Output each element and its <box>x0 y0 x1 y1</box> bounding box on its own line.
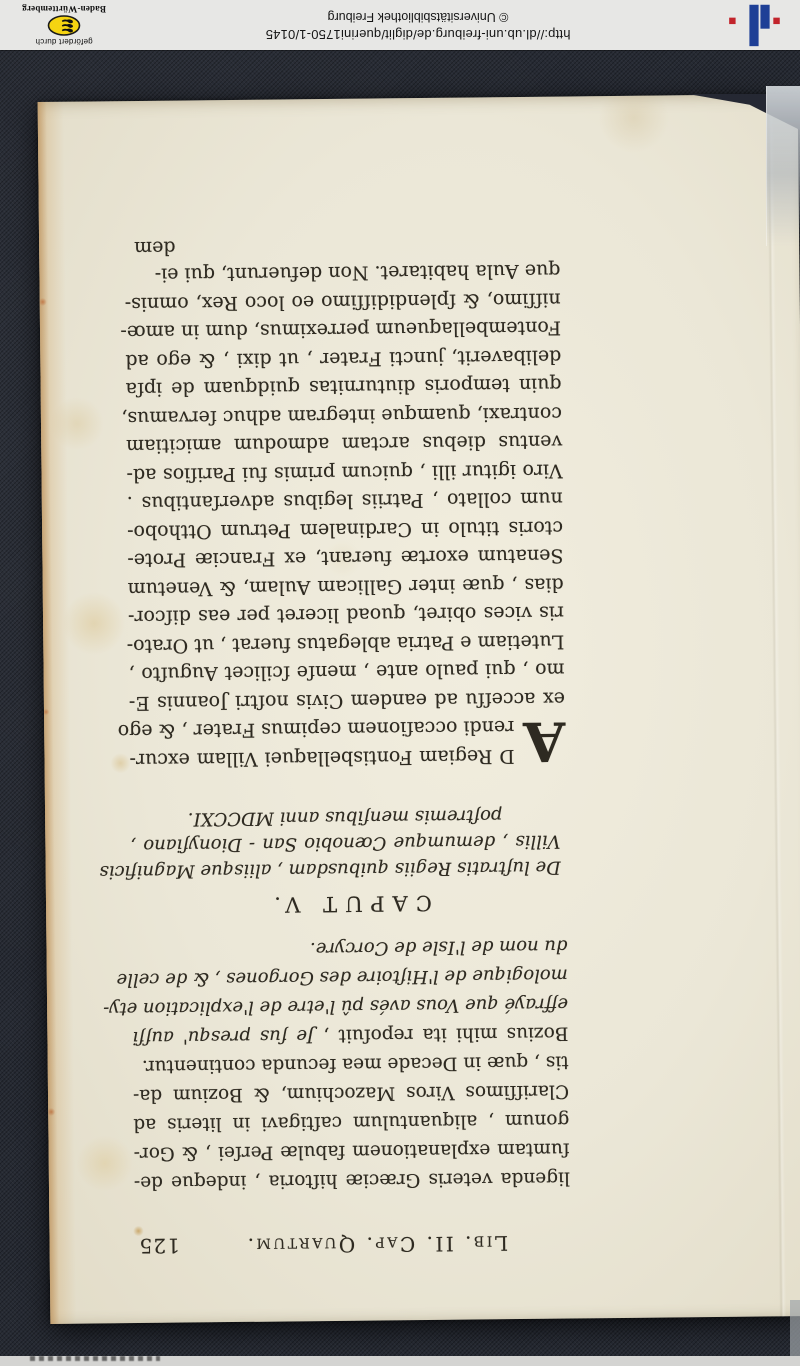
text-line: delibaverit, juncti Frater , ut dixi , &… <box>125 342 561 375</box>
text-line: mologique de l'Hiſtoire des Gorgones , &… <box>132 961 568 995</box>
text-line: Viro igitur illi , quicum primis fui Par… <box>126 456 562 489</box>
text-line: D Regiam Fontisbellaquei Villam excur- <box>129 741 565 774</box>
text-line: mo , qui paulo ante , menſe ſcilicet Aug… <box>128 656 564 689</box>
text-line: ctoris titulo in Cardinalem Petrum Ottho… <box>127 513 563 546</box>
film-strip <box>766 86 800 246</box>
text-line: Bozius mihi ita repoſuit , Je ſus presqu… <box>132 1019 568 1053</box>
header-text: http://dl.ub.uni-freiburg.de/diglit/quer… <box>114 8 722 41</box>
page-number: 125 <box>138 1234 179 1258</box>
text-line: ris vices obiret, quoad liceret per eas … <box>128 599 564 632</box>
cropped-text-smudge <box>30 1356 160 1361</box>
roman-fragment: Bozius mihi ita repoſuit , <box>314 1023 568 1047</box>
bw-logo-caption: gefördert durch <box>14 37 114 46</box>
text-line: De luſtratis Regiis quibusdam , aliisque… <box>131 854 567 885</box>
text-line: Lutetiam e Patria ablegatus fuerat , ut … <box>128 627 564 660</box>
film-strip-lower-edge <box>790 1300 800 1360</box>
text-line: contraxi, quamque integram adhuc ſervamu… <box>126 399 562 432</box>
baden-wuerttemberg-logo: gefördert durch Baden-Württemberg <box>14 4 114 46</box>
text-line: num collato , Patriis legibus adverſanti… <box>127 485 563 518</box>
text-line: Senatum exortæ fuerant, ex Franciæ Prote… <box>127 542 563 575</box>
text-line: dias , quæ inter Gallicam Aulam, & Venet… <box>128 570 564 603</box>
text-line: ſumtam explanationem fabulæ Perſei , & G… <box>133 1135 569 1169</box>
text-line: du nom de l'Isle de Corcyre. <box>131 932 567 966</box>
text-line: rendi occaſionem cepimus Frater , & ego <box>129 713 565 746</box>
text-line: Fontembellaqueum perreximus, dum in amœ- <box>125 314 561 347</box>
main-paragraph: A D Regiam Fontisbellaquei Villam excur-… <box>124 257 565 775</box>
text-line: effrayé que Vous avés pû l'etre de l'exp… <box>132 990 568 1024</box>
drop-cap: A <box>514 717 565 771</box>
bw-coat-of-arms-icon <box>47 15 81 36</box>
running-title: Lib. II. Cap. Quartum. <box>158 1230 594 1259</box>
text-line: quin temporis diuturnitas quidquam de ip… <box>125 371 561 404</box>
scanned-page-canvas[interactable]: Lib. II. Cap. Quartum. 125 ligenda veter… <box>38 94 800 1324</box>
text-line: poſtremis menſibus anni MDCCXI. <box>130 802 566 833</box>
text-line: ventus diebus arctam admodum amicitiam <box>126 428 562 461</box>
bottom-strip <box>0 1356 800 1366</box>
catchword: dem <box>124 233 560 260</box>
text-line: que Aula habitaret. Non defuerunt, qui e… <box>124 257 560 290</box>
text-line: gonum , aliquantulum caſtigavi in literi… <box>133 1106 569 1140</box>
chapter-argument: De luſtratis Regiis quibusdam , aliisque… <box>130 802 567 885</box>
viewer-header-bar: http://dl.ub.uni-freiburg.de/diglit/quer… <box>0 0 800 50</box>
rotated-page-content: Lib. II. Cap. Quartum. 125 ligenda veter… <box>38 94 800 1324</box>
text-line: ex acceſſu ad eandem Civis noſtri Joanni… <box>129 684 565 717</box>
text-line: ligenda veteris Græciæ hiſtoria , indequ… <box>134 1163 570 1197</box>
running-head: Lib. II. Cap. Quartum. 125 <box>134 1224 570 1259</box>
text-line: Clariſſimos Viros Mazochium, & Bozium da… <box>133 1077 569 1111</box>
text-line: niſſimo, & ſplendidiſſimo eo loco Rex, o… <box>125 285 561 318</box>
header-bar-rotated-content: http://dl.ub.uni-freiburg.de/diglit/quer… <box>0 0 800 50</box>
scan-source-url: http://dl.ub.uni-freiburg.de/diglit/quer… <box>114 25 722 42</box>
text-line: tis , quæ in Decade mea fecunda continen… <box>133 1048 569 1082</box>
paragraph-continuation: ligenda veteris Græciæ hiſtoria , indequ… <box>131 932 570 1198</box>
bw-logo-title: Baden-Württemberg <box>14 4 114 14</box>
page-text-block: Lib. II. Cap. Quartum. 125 ligenda veter… <box>124 233 571 1260</box>
text-line: Villis , demumque Cœnobio San - Dionyſia… <box>130 828 566 859</box>
ub-freiburg-logo-icon <box>722 2 786 48</box>
italic-fragment: Je ſus presqu' auſſi <box>132 1025 314 1048</box>
chapter-heading: CAPUT V. <box>131 890 567 919</box>
copyright-line: © Universitätsbibliothek Freiburg <box>114 8 722 24</box>
